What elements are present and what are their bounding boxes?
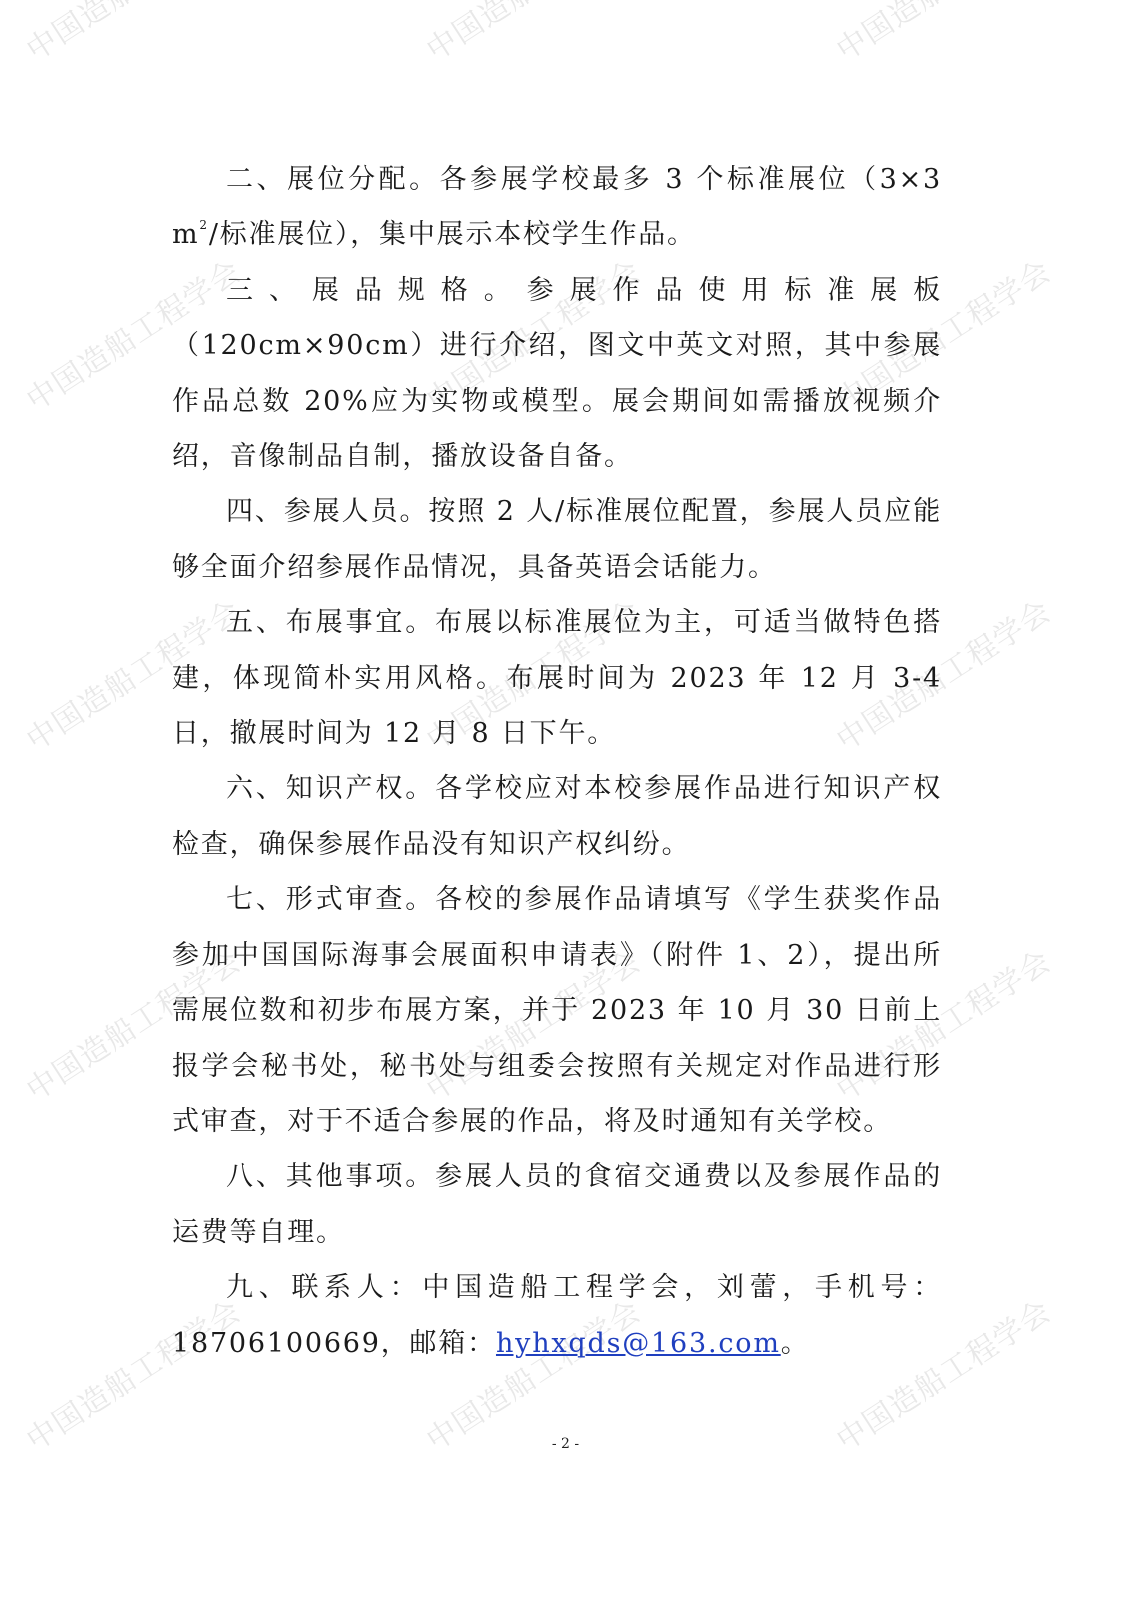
page-number: - 2 -: [0, 1436, 1131, 1452]
paragraph-ip: 六、知识产权。各学校应对本校参展作品进行知识产权检查，确保参展作品没有知识产权纠…: [172, 761, 942, 872]
paragraph-contact: 九、联系人：中国造船工程学会，刘蕾，手机号：18706100669，邮箱：hyh…: [172, 1260, 942, 1371]
paragraph-other: 八、其他事项。参展人员的食宿交通费以及参展作品的运费等自理。: [172, 1149, 942, 1260]
paragraph-exhibit-spec: 三、展品规格。参展作品使用标准展板（120cm×90cm）进行介绍，图文中英文对…: [172, 263, 942, 485]
email-link[interactable]: hyhxqds@163.com: [496, 1328, 781, 1359]
watermark: 中国造船工程学会: [16, 0, 248, 69]
document-page: 中国造船工程学会 中国造船工程学会 中国造船工程学会 中国造船工程学会 中国造船…: [0, 0, 1131, 1600]
watermark: 中国造船工程学会: [826, 0, 1058, 69]
superscript: 2: [199, 218, 208, 232]
paragraph-staff: 四、参展人员。按照 2 人/标准展位配置，参展人员应能够全面介绍参展作品情况，具…: [172, 484, 942, 595]
paragraph-booth-allocation: 二、展位分配。各参展学校最多 3 个标准展位（3×3 m2/标准展位），集中展示…: [172, 152, 942, 263]
paragraph-setup: 五、布展事宜。布展以标准展位为主，可适当做特色搭建，体现简朴实用风格。布展时间为…: [172, 595, 942, 761]
document-body: 二、展位分配。各参展学校最多 3 个标准展位（3×3 m2/标准展位），集中展示…: [172, 152, 942, 1371]
watermark: 中国造船工程学会: [416, 0, 648, 69]
paragraph-review: 七、形式审查。各校的参展作品请填写《学生获奖作品参加中国国际海事会展面积申请表》…: [172, 872, 942, 1149]
